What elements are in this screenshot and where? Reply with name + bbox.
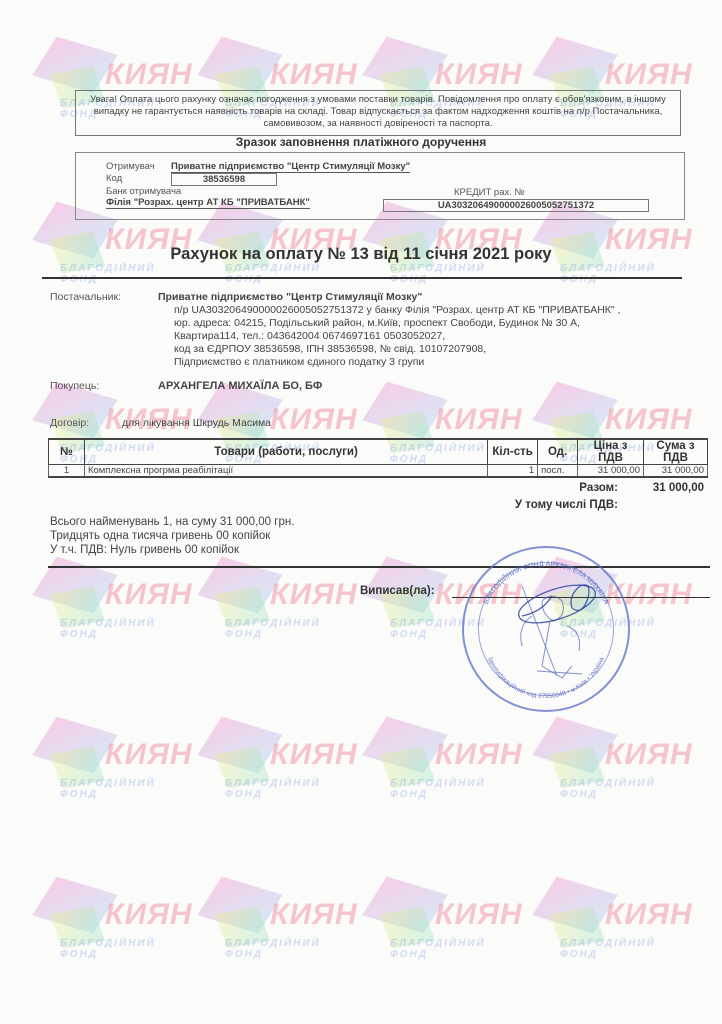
payment-notice: Увага! Оплата цього рахунку означає пого… [75, 90, 681, 136]
supplier-name: Приватне підприємство "Центр Стимуляції … [158, 291, 422, 303]
svg-text:Ідентифікаційний код 37950048: Ідентифікаційний код 37950048 • м.Київ •… [486, 656, 606, 700]
supplier-detail-line: п/р UA303206490000026005052751372 у банк… [174, 304, 620, 317]
row-price: 31 000,00 [578, 465, 644, 478]
buyer-name: АРХАНГЕЛА МИХАЇЛА БО, БФ [158, 380, 322, 392]
col-number: № [49, 439, 85, 465]
code-label: Код [106, 173, 122, 184]
amount-summary: Всього найменувань 1, на суму 31 000,00 … [50, 515, 294, 557]
buyer-label: Покупець: [50, 380, 99, 392]
col-unit: Од. [538, 439, 578, 465]
summary-line: Всього найменувань 1, на суму 31 000,00 … [50, 515, 294, 529]
supplier-label: Постачальник: [50, 291, 121, 303]
code-field: 38536598 [171, 173, 277, 186]
title-divider [42, 277, 682, 279]
col-quantity: Кіл-сть [488, 439, 538, 465]
vat-label: У тому числі ПДВ: [460, 499, 618, 511]
items-table: № Товари (работи, послуги) Кіл-сть Од. Ц… [48, 438, 708, 478]
table-header-row: № Товари (работи, послуги) Кіл-сть Од. Ц… [49, 439, 708, 465]
col-goods: Товари (работи, послуги) [84, 439, 487, 465]
stamp-emblem-icon: БЛАГОДІЙНИЙ ФОНД АРХАНГЕЛА МИХАЇЛА Ідент… [462, 546, 630, 712]
payment-sample-title: Зразок заповнення платіжного доручення [0, 135, 722, 149]
invoice-title: Рахунок на оплату № 13 від 11 січня 2021… [0, 245, 722, 264]
supplier-detail-line: Квартира114, тел.: 043642004 0674697161 … [174, 330, 620, 343]
total-label: Разом: [520, 482, 618, 494]
supplier-detail-line: юр. адреса: 04215, Подільський район, м.… [174, 317, 620, 330]
row-unit: посл. [538, 465, 578, 478]
row-goods: Комплексна прогрма реабілітації [84, 465, 487, 478]
bank-label: Банк отримувача [106, 186, 181, 197]
issued-by-label: Виписав(ла): [360, 585, 452, 597]
company-stamp: БЛАГОДІЙНИЙ ФОНД АРХАНГЕЛА МИХАЇЛА Ідент… [462, 546, 630, 712]
summary-line: Тридцять одна тисяча гривень 00 копійок [50, 529, 294, 543]
recipient-value: Приватне підприємство "Центр Стимуляції … [171, 161, 410, 173]
total-value: 31 000,00 [620, 482, 704, 494]
contract-label: Договір: [50, 417, 89, 429]
table-row: 1 Комплексна прогрма реабілітації 1 посл… [49, 465, 708, 478]
supplier-details: п/р UA303206490000026005052751372 у банк… [174, 304, 620, 369]
col-sum: Сума з ПДВ [644, 439, 708, 465]
credit-account-field: UA303206490000026005052751372 [383, 199, 649, 212]
svg-text:БЛАГОДІЙНИЙ ФОНД АРХАНГЕЛА МИХ: БЛАГОДІЙНИЙ ФОНД АРХАНГЕЛА МИХАЇЛА [483, 561, 610, 606]
col-price: Ціна з ПДВ [578, 439, 644, 465]
credit-label: КРЕДИТ рах. № [454, 187, 525, 198]
contract-value: для лікування Шкрудь Масима [122, 417, 271, 429]
recipient-label: Отримувач [106, 161, 155, 172]
row-sum: 31 000,00 [644, 465, 708, 478]
summary-line: У т.ч. ПДВ: Нуль гривень 00 копійок [50, 543, 294, 557]
supplier-detail-line: Підприємство є платником єдиного податку… [174, 356, 620, 369]
row-quantity: 1 [488, 465, 538, 478]
payment-sample-box: Отримувач Приватне підприємство "Центр С… [75, 152, 685, 220]
row-number: 1 [49, 465, 85, 478]
supplier-detail-line: код за ЄДРПОУ 38536598, ІПН 38536598, № … [174, 343, 620, 356]
bank-value: Філія "Розрах. центр АТ КБ "ПРИВАТБАНК" [106, 197, 310, 209]
